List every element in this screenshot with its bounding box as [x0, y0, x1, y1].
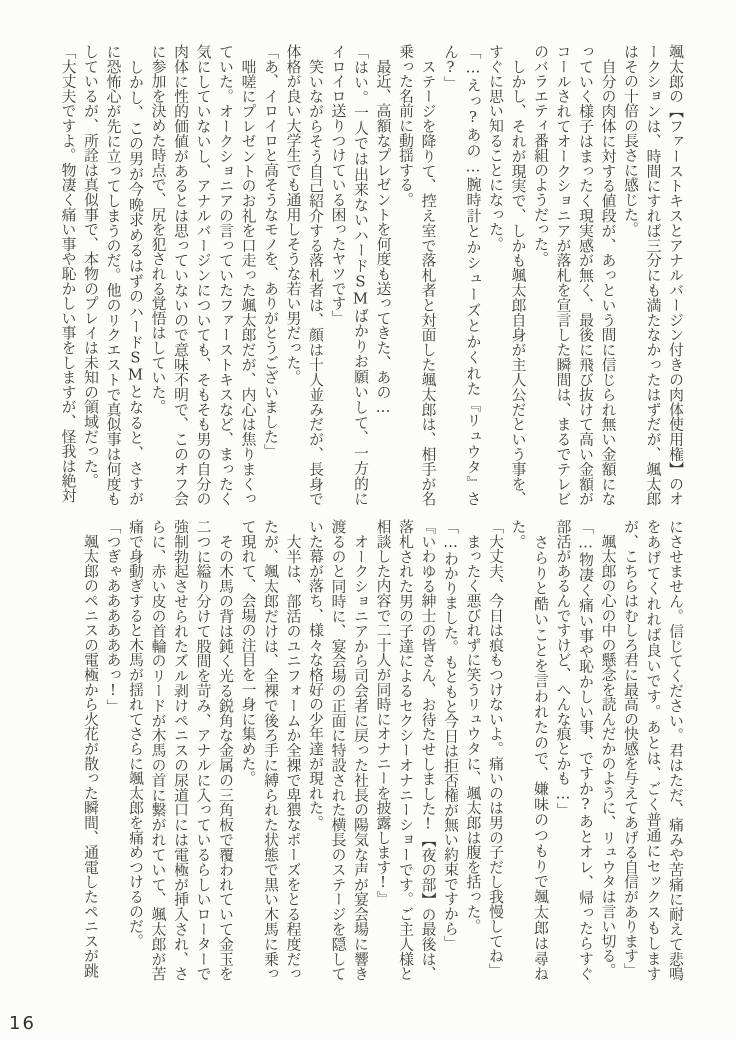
paragraph: 颯太郎の心の中の懸念を読んだかのように、リュウタは言い切る。 — [596, 519, 619, 981]
paragraph: 「つぎゃああああああっ!」 — [101, 519, 124, 981]
document-page: 颯太郎の【ファーストキスとアナルバージン付きの肉体使用権】のオークションは、時間… — [0, 0, 736, 1039]
paragraph: しかし、この男が今晩求めるはずのハードSMとなると、さすがに恐怖心が先に立ってし… — [79, 44, 147, 506]
paragraph: 「あ、イロイロと高そうなモノを、ありがとうございました」 — [259, 44, 282, 506]
paragraph: 『いわゆる紳士の皆さん、お待たせしました!【夜の部】の最後は、落札された男の子達… — [371, 519, 439, 981]
paragraph: 「大丈夫、今日は痕もつけないよ。痛いのは男の子だし我慢してね」 — [484, 519, 507, 981]
paragraph: その木馬の背は鈍く光る鋭角な金属の三角板で覆われていて金玉を二つに縊り分けて股間… — [124, 519, 237, 981]
paragraph: オークショニアから司会者に戻った社長の陽気な声が宴会場に響き渡るのと同時に、宴会… — [304, 519, 372, 981]
paragraph: まったく悪びれずに笑うリュウタに、颯太郎は腹を括った。 — [461, 519, 484, 981]
paragraph: さらりと酷いことを言われたので、嫌味のつもりで颯太郎は尋ねた。 — [506, 519, 551, 981]
page-number: 16 — [9, 1013, 36, 1034]
paragraph: ステージを降りて、控え室で落札者と対面した颯太郎は、相手が名乗った名前に動揺する… — [394, 44, 439, 506]
paragraph: 大半は、部活のユニフォームか全裸で卑猥なポーズをとる程度だったが、颯太郎だけは、… — [236, 519, 304, 981]
paragraph: 自分の肉体に対する値段が、あっという間に信じられ無い金額になっていく様子はまった… — [529, 44, 619, 506]
paragraph: 颯太郎のペニスの電極から火花が散った瞬間、通電したペニスが跳 — [79, 519, 102, 981]
text-band-upper: 颯太郎の【ファーストキスとアナルバージン付きの肉体使用権】のオークションは、時間… — [56, 44, 686, 506]
paragraph: 最近、高額なプレゼントを何度も送ってきた、あの… — [371, 44, 394, 506]
paragraph: 「…わかりました。もともと今日は拒否権が無い約束ですから」 — [439, 519, 462, 981]
paragraph: 笑いながらそう自己紹介する落札者は、顔は十人並みだが、長身で体格が良い大学生でも… — [281, 44, 326, 506]
paragraph: 咄嗟にプレゼントのお礼を口走った颯太郎だが、内心は焦りまくっていた。オークショニ… — [146, 44, 259, 506]
paragraph: 颯太郎の【ファーストキスとアナルバージン付きの肉体使用権】のオークションは、時間… — [619, 44, 687, 506]
paragraph: 「…えっ?あの…腕時計とかシューズとかくれた『リュウタ』さん?」 — [439, 44, 484, 506]
text-band-lower: にさせません。信じてください。君はただ、痛みや苦痛に耐えて悲鳴をあげてくれれば良… — [79, 519, 687, 981]
paragraph: 「大丈夫ですよ。物凄く痛い事や恥かしい事をしますが、怪我は絶対 — [56, 44, 79, 506]
paragraph: 「はい。一人では出来ないハードSMばかりお願いして、一方的にイロイロ送りつけてい… — [326, 44, 371, 506]
paragraph: しかし、それが現実で、しかも颯太郎自身が主人公だという事を、すぐに思い知ることに… — [484, 44, 529, 506]
paragraph: 「…物凄く痛い事や恥かしい事、ですか?あとオレ、帰ったらすぐ部活があるんですけど… — [551, 519, 596, 981]
paragraph: にさせません。信じてください。君はただ、痛みや苦痛に耐えて悲鳴をあげてくれれば良… — [619, 519, 687, 981]
